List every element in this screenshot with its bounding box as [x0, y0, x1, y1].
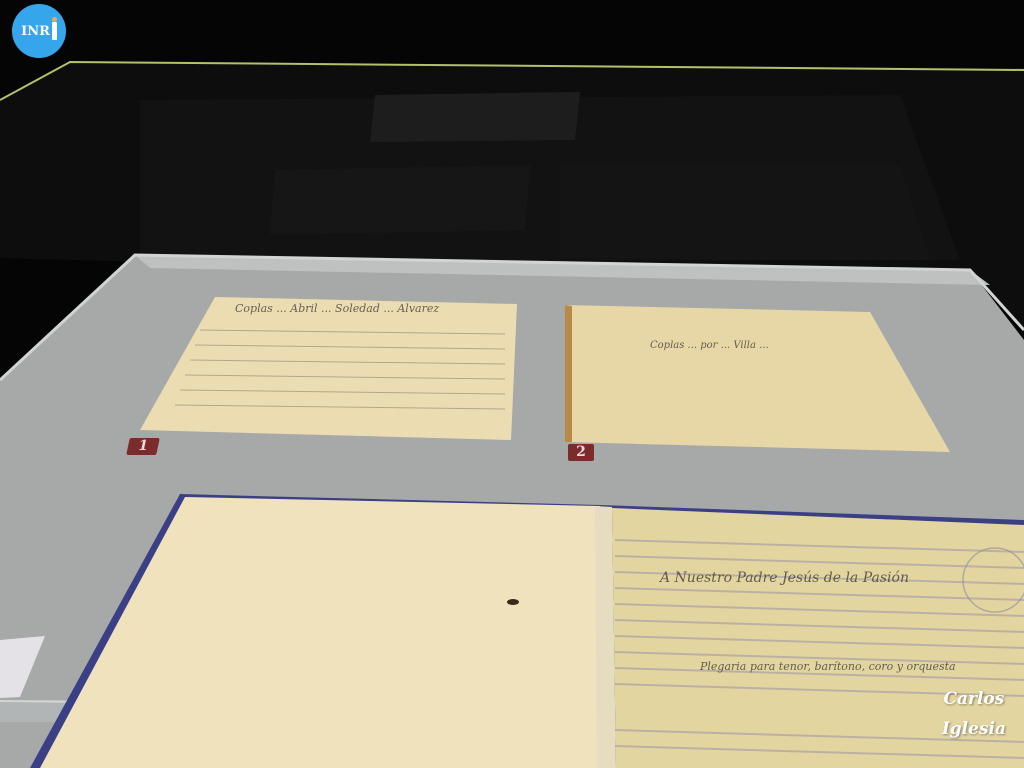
exhibit-label-2: 2 [568, 444, 594, 461]
display-case-illustration [0, 0, 1024, 768]
document-3-title: A Nuestro Padre Jesús de la Pasión [660, 570, 909, 586]
person-icon [52, 22, 57, 40]
document-1-title: Coplas ... Abril ... Soledad ... Alvarez [235, 302, 439, 315]
watermark-line-2: Iglesia [942, 714, 1006, 744]
logo-text: INR [21, 24, 50, 39]
exhibit-label-1: 1 [126, 438, 160, 455]
display-case-photo: Coplas ... Abril ... Soledad ... Alvarez… [0, 0, 1024, 768]
document-3-subtitle: Plegaria para tenor, barítono, coro y or… [700, 660, 956, 673]
document-2-title: Coplas ... por ... Villa ... [650, 340, 769, 351]
photographer-watermark: Carlos Iglesia [942, 684, 1006, 744]
inr-logo: INR [12, 4, 66, 58]
watermark-line-1: Carlos [942, 684, 1006, 714]
